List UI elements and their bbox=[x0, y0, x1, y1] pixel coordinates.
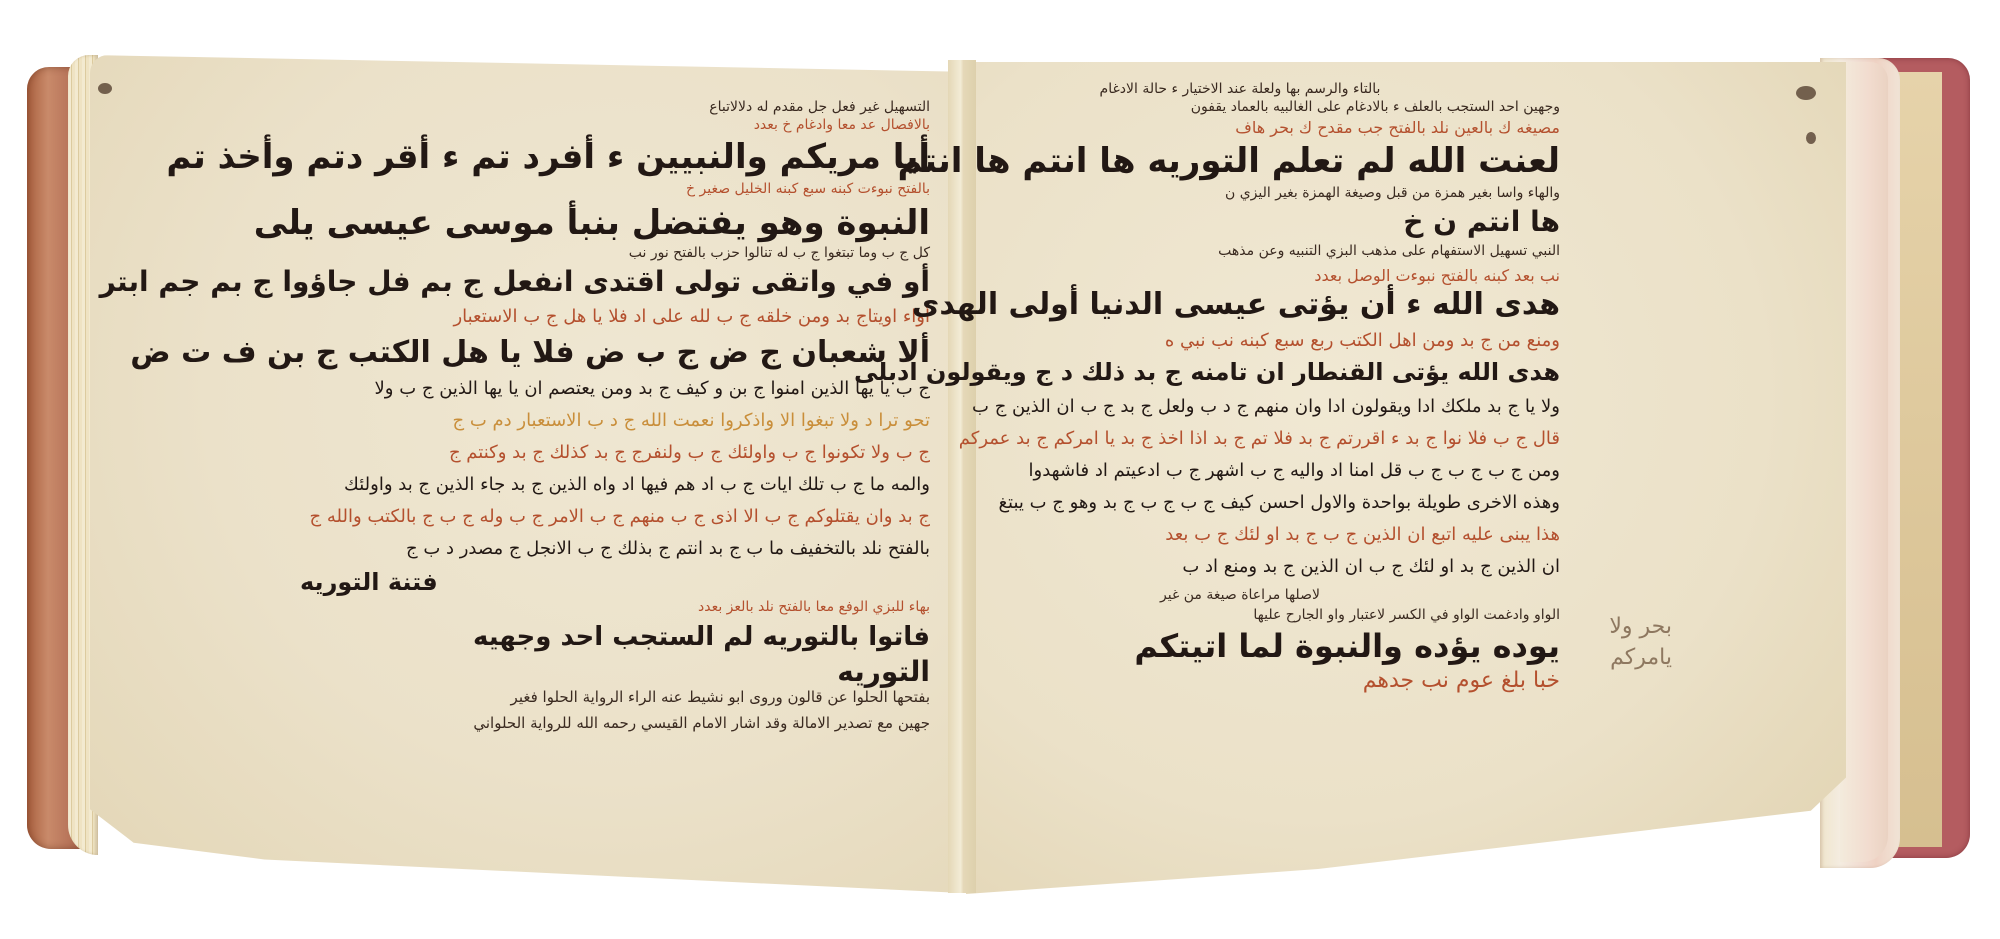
ink-stain bbox=[98, 83, 112, 94]
text-line: يوده يؤده والنبوة لما اتيتكم bbox=[920, 630, 1560, 670]
text-line: ج ب يا يها الذين امنوا ج بن و كيف ج بد و… bbox=[300, 380, 930, 412]
text-line: وهذه الاخرى طويلة بواحدة والاول احسن كيف… bbox=[920, 494, 1560, 526]
text-line: فتنة التوريه bbox=[300, 570, 930, 600]
text-line: ومنع من ج بد ومن اهل الكتب ربع سبع كبنه … bbox=[920, 332, 1560, 360]
text-line: بهاء للبزي الوفع معا بالفتح نلد بالعز بع… bbox=[300, 600, 930, 624]
text-line: جهين مع تصدير الامالة وقد اشار الامام ال… bbox=[300, 716, 930, 742]
text-line: وجهين احد الستجب بالعلف ء بالادغام على ا… bbox=[920, 100, 1560, 120]
ink-stain bbox=[1806, 132, 1816, 144]
text-line: هذا يبنى عليه اتبع ان الذين ج ب ج بد او … bbox=[920, 526, 1560, 558]
text-line: لعنت الله لم تعلم التوريه ها انتم ها انت… bbox=[920, 144, 1560, 186]
right-page-text: بالتاء والرسم بها ولعلة عند الاختيار ء ح… bbox=[920, 82, 1560, 698]
text-line: لاصلها مراعاة صيغة من غير bbox=[920, 588, 1560, 608]
left-page-text: التسهيل غير فعل جل مقدم له دلالاتباع بال… bbox=[300, 100, 930, 742]
text-line: ان الذين ج بد او لئك ج ب ان الذين ج بد و… bbox=[920, 558, 1560, 588]
margin-note: بحر ولا يامركم bbox=[1582, 612, 1672, 674]
text-line: أيا مريكم والنبيين ء أفرد تم ء أقر دتم و… bbox=[300, 140, 930, 182]
text-line: بالتاء والرسم بها ولعلة عند الاختيار ء ح… bbox=[920, 82, 1560, 100]
text-line: فاتوا بالتوريه لم الستجب احد وجهيه bbox=[300, 624, 930, 658]
ink-stain bbox=[1796, 86, 1816, 100]
text-line: ها انتم ن خ bbox=[920, 208, 1560, 244]
text-line: هدى الله ء أن يؤتى عيسى الدنيا أولى الهد… bbox=[920, 290, 1560, 332]
text-line: النبي تسهيل الاستفهام على مذهب البزي الت… bbox=[920, 244, 1560, 268]
text-line: ج بد وان يقتلوكم ج ب الا اذى ج ب منهم ج … bbox=[300, 508, 930, 540]
text-line: خبا بلغ عوم نب جدهم bbox=[920, 670, 1560, 698]
text-line: النبوة وهو يفتضل بنبأ موسى عيسى يلى bbox=[300, 206, 930, 246]
text-line: التسهيل غير فعل جل مقدم له دلالاتباع bbox=[300, 100, 930, 118]
text-line: بالفتح نلد بالتخفيف ما ب ج بد انتم ج بذل… bbox=[300, 540, 930, 570]
right-page-stack-inner bbox=[1840, 62, 1888, 862]
text-line: ولا يا ج بد ملكك ادا ويقولون ادا وان منه… bbox=[920, 398, 1560, 430]
text-line: ألا شعبان ج ض ج ب ض فلا يا هل الكتب ج بن… bbox=[300, 338, 930, 380]
text-line: التوريه bbox=[300, 658, 930, 690]
text-line: تحو ترا د ولا تبغوا الا واذكروا نعمت الل… bbox=[300, 412, 930, 444]
text-line: أو في واتقى تولى اقتدى انفعل ج بم فل جاؤ… bbox=[300, 268, 930, 308]
margin-note-text: بحر ولا يامركم bbox=[1609, 614, 1672, 670]
text-line: قال ج ب فلا نوا ج بد ء اقررتم ج بد فلا ت… bbox=[920, 430, 1560, 462]
text-line: ج ب ولا تكونوا ج ب واولئك ج ب ولنفرج ج ب… bbox=[300, 444, 930, 476]
text-line: أواء اويتاج بد ومن خلقه ج ب لله على اد ف… bbox=[300, 308, 930, 338]
text-line: ومن ج ب ج ب ج ب قل امنا اد واليه ج ب اشه… bbox=[920, 462, 1560, 494]
text-line: بفتحها الحلوا عن قالون وروى ابو نشيط عنه… bbox=[300, 690, 930, 716]
text-line: هدى الله يؤتى القنطار ان تامنه ج بد ذلك … bbox=[920, 360, 1560, 398]
text-line: والمه ما ج ب تلك ايات ج ب اد هم فيها اد … bbox=[300, 476, 930, 508]
